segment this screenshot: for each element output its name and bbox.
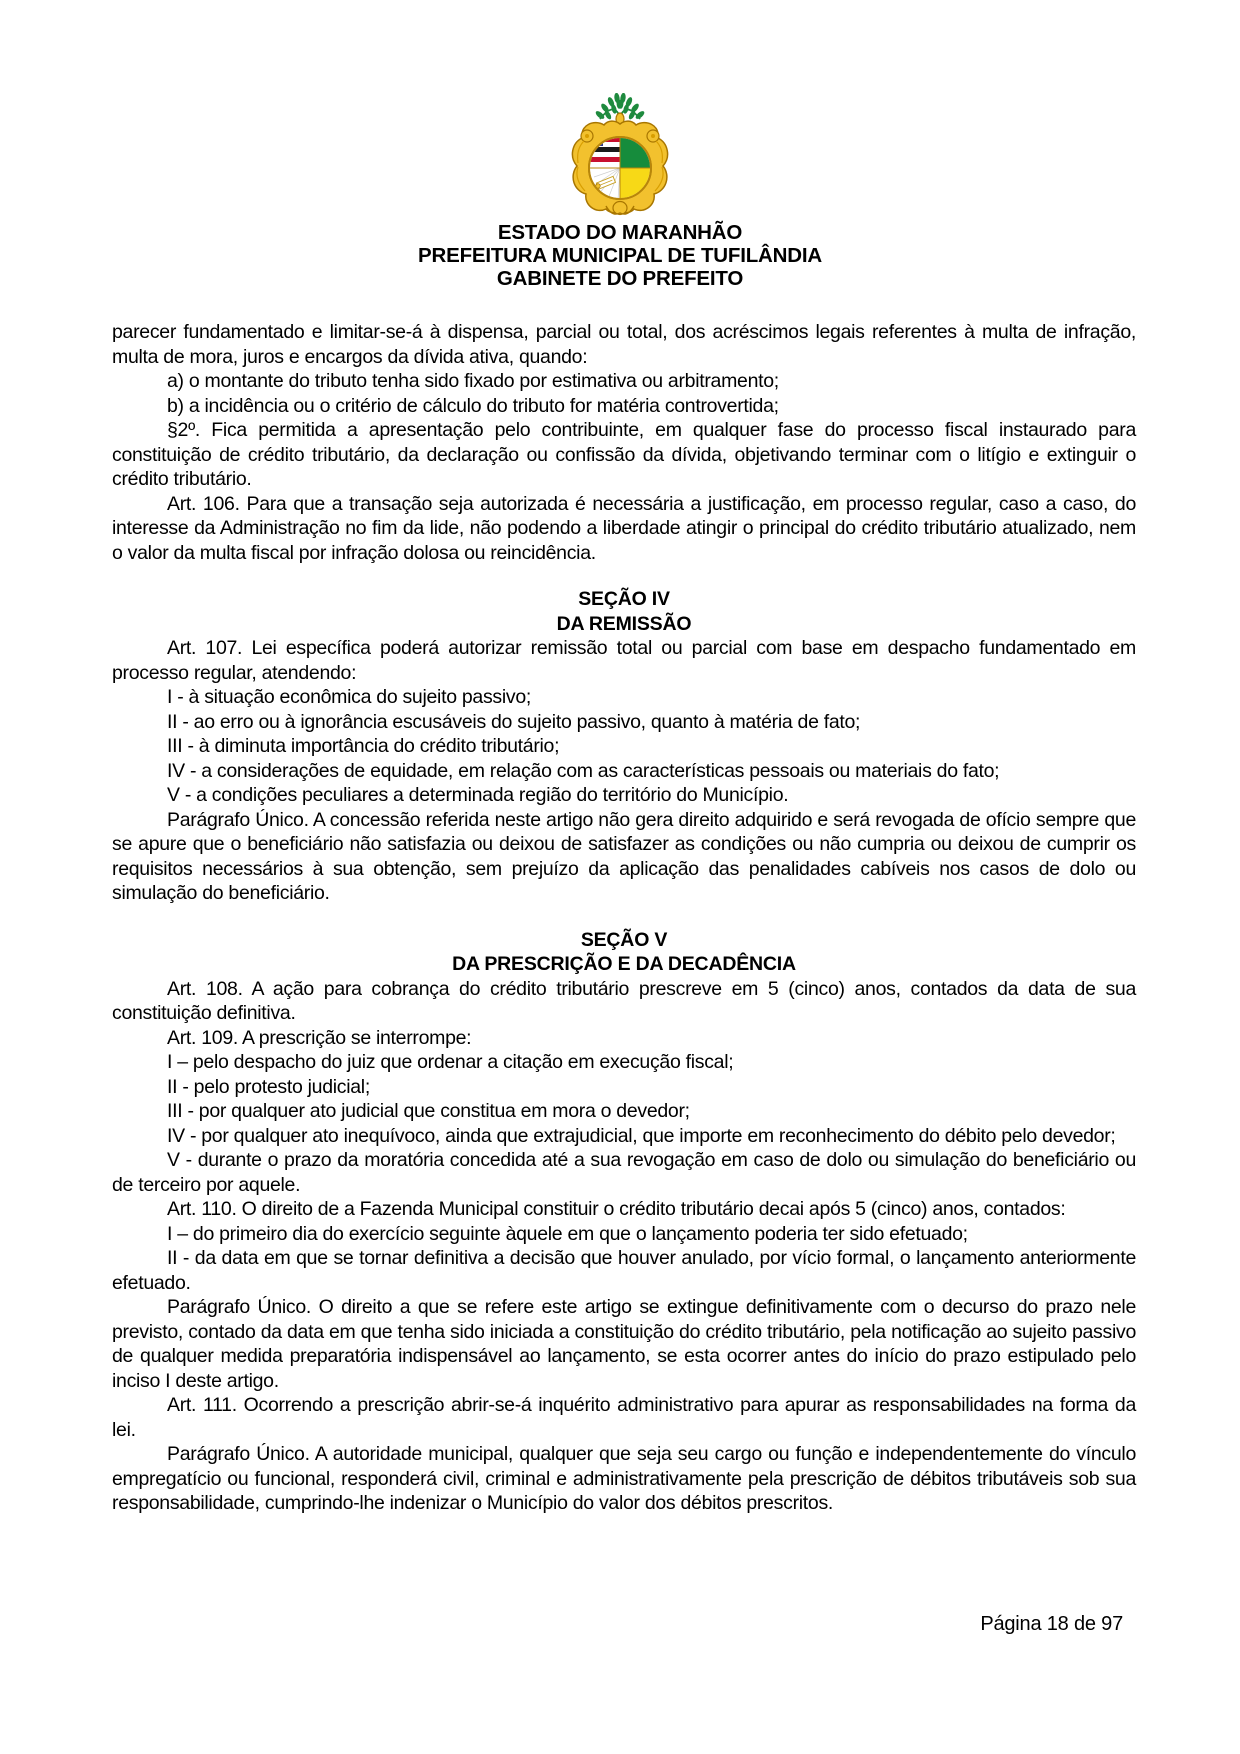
letterhead-municipality: PREFEITURA MUNICIPAL DE TUFILÂNDIA bbox=[0, 244, 1240, 267]
paragraph: Parágrafo Único. O direito a que se refe… bbox=[112, 1295, 1136, 1393]
section-heading: SEÇÃO V bbox=[112, 928, 1136, 953]
list-item: II - pelo protesto judicial; bbox=[112, 1075, 1136, 1100]
paragraph: parecer fundamentado e limitar-se-á à di… bbox=[112, 320, 1136, 369]
list-item: III - à diminuta importância do crédito … bbox=[112, 734, 1136, 759]
list-item: V - durante o prazo da moratória concedi… bbox=[112, 1148, 1136, 1197]
section-heading: DA PRESCRIÇÃO E DA DECADÊNCIA bbox=[112, 952, 1136, 977]
paragraph: §2º. Fica permitida a apresentação pelo … bbox=[112, 418, 1136, 492]
paragraph: Art. 106. Para que a transação seja auto… bbox=[112, 492, 1136, 566]
coat-of-arms-maranhao-icon bbox=[564, 93, 676, 219]
list-item: IV - a considerações de equidade, em rel… bbox=[112, 759, 1136, 784]
list-item: III - por qualquer ato judicial que cons… bbox=[112, 1099, 1136, 1124]
paragraph: Art. 107. Lei específica poderá autoriza… bbox=[112, 636, 1136, 685]
document-page: { "header": { "line1": "ESTADO DO MARANH… bbox=[0, 0, 1240, 1754]
list-item: II - da data em que se tornar definitiva… bbox=[112, 1246, 1136, 1295]
list-item: I – do primeiro dia do exercício seguint… bbox=[112, 1222, 1136, 1247]
list-item: V - a condições peculiares a determinada… bbox=[112, 783, 1136, 808]
list-item: a) o montante do tributo tenha sido fixa… bbox=[112, 369, 1136, 394]
paragraph: Art. 108. A ação para cobrança do crédit… bbox=[112, 977, 1136, 1026]
list-item: I – pelo despacho do juiz que ordenar a … bbox=[112, 1050, 1136, 1075]
letterhead-state: ESTADO DO MARANHÃO bbox=[0, 221, 1240, 244]
paragraph: Parágrafo Único. A autoridade municipal,… bbox=[112, 1442, 1136, 1516]
page-header bbox=[0, 93, 1240, 219]
list-item: IV - por qualquer ato inequívoco, ainda … bbox=[112, 1124, 1136, 1149]
paragraph: Art. 109. A prescrição se interrompe: bbox=[112, 1026, 1136, 1051]
document-body: parecer fundamentado e limitar-se-á à di… bbox=[112, 320, 1136, 1516]
letterhead: ESTADO DO MARANHÃO PREFEITURA MUNICIPAL … bbox=[0, 221, 1240, 290]
list-item: I - à situação econômica do sujeito pass… bbox=[112, 685, 1136, 710]
paragraph: Parágrafo Único. A concessão referida ne… bbox=[112, 808, 1136, 906]
letterhead-office: GABINETE DO PREFEITO bbox=[0, 267, 1240, 290]
list-item: II - ao erro ou à ignorância escusáveis … bbox=[112, 710, 1136, 735]
section-heading: DA REMISSÃO bbox=[112, 612, 1136, 637]
list-item: b) a incidência ou o critério de cálculo… bbox=[112, 394, 1136, 419]
page-number: Página 18 de 97 bbox=[980, 1613, 1123, 1636]
section-heading: SEÇÃO IV bbox=[112, 587, 1136, 612]
paragraph: Art. 110. O direito de a Fazenda Municip… bbox=[112, 1197, 1136, 1222]
paragraph: Art. 111. Ocorrendo a prescrição abrir-s… bbox=[112, 1393, 1136, 1442]
